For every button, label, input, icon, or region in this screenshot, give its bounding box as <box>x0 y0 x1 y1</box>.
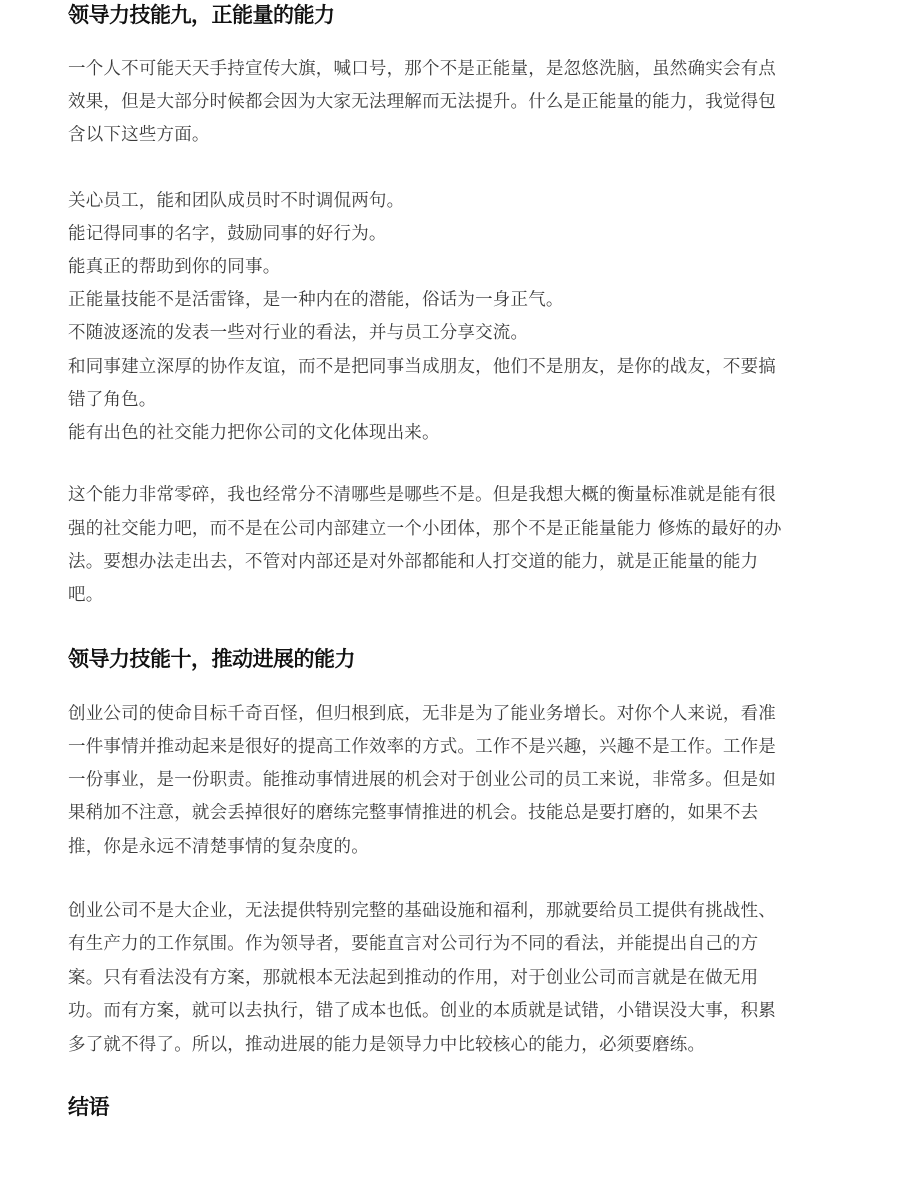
text-line: 有生产力的工作氛围。作为领导者，要能直言对公司行为不同的看法，并能提出自己的方 <box>68 932 758 956</box>
list-item: 能真正的帮助到你的同事。 <box>68 255 280 279</box>
list-item: 正能量技能不是活雷锋，是一种内在的潜能，俗话为一身正气。 <box>68 288 564 312</box>
text-line: 法。要想办法走出去，不管对内部还是对外部都能和人打交道的能力，就是正能量的能力 <box>68 550 758 574</box>
list-item: 能记得同事的名字，鼓励同事的好行为。 <box>68 222 387 246</box>
text-line: 案。只有看法没有方案，那就根本无法起到推动的作用，对于创业公司而言就是在做无用 <box>68 966 758 990</box>
text-line: 创业公司不是大企业，无法提供特别完整的基础设施和福利，那就要给员工提供有挑战性、 <box>68 899 776 923</box>
list-item: 能有出色的社交能力把你公司的文化体现出来。 <box>68 421 440 445</box>
text-line: 多了就不得了。所以，推动进展的能力是领导力中比较核心的能力，必须要磨练。 <box>68 1033 705 1057</box>
list-item: 关心员工，能和团队成员时不时调侃两句。 <box>68 189 404 213</box>
section-heading-skill-nine: 领导力技能九，正能量的能力 <box>68 0 335 30</box>
text-line: 一份事业，是一份职责。能推动事情进展的机会对于创业公司的员工来说，非常多。但是如 <box>68 768 776 792</box>
text-line: 效果，但是大部分时候都会因为大家无法理解而无法提升。什么是正能量的能力，我觉得包 <box>68 90 776 114</box>
text-line: 含以下这些方面。 <box>68 123 210 147</box>
text-line: 功。而有方案，就可以去执行，错了成本也低。创业的本质就是试错，小错误没大事，积累 <box>68 999 776 1023</box>
text-line: 果稍加不注意，就会丢掉很好的磨练完整事情推进的机会。技能总是要打磨的，如果不去 <box>68 801 758 825</box>
text-line: 创业公司的使命目标千奇百怪，但归根到底，无非是为了能业务增长。对你个人来说，看准 <box>68 702 776 726</box>
section-heading-conclusion: 结语 <box>68 1092 109 1122</box>
list-item: 和同事建立深厚的协作友谊，而不是把同事当成朋友，他们不是朋友，是你的战友，不要搞 <box>68 355 776 379</box>
section-heading-skill-ten: 领导力技能十，推动进展的能力 <box>68 644 355 674</box>
text-line: 推，你是永远不清楚事情的复杂度的。 <box>68 835 369 859</box>
text-line: 吧。 <box>68 583 103 607</box>
list-item: 不随波逐流的发表一些对行业的看法，并与员工分享交流。 <box>68 321 528 345</box>
text-line: 强的社交能力吧，而不是在公司内部建立一个小团体，那个不是正能量能力 修炼的最好的… <box>68 517 782 541</box>
text-line: 一件事情并推动起来是很好的提高工作效率的方式。工作不是兴趣，兴趣不是工作。工作是 <box>68 735 776 759</box>
text-line: 这个能力非常零碎，我也经常分不清哪些是哪些不是。但是我想大概的衡量标准就是能有很 <box>68 483 776 507</box>
text-line: 一个人不可能天天手持宣传大旗，喊口号，那个不是正能量，是忽悠洗脑，虽然确实会有点 <box>68 57 776 81</box>
list-item: 错了角色。 <box>68 388 157 412</box>
